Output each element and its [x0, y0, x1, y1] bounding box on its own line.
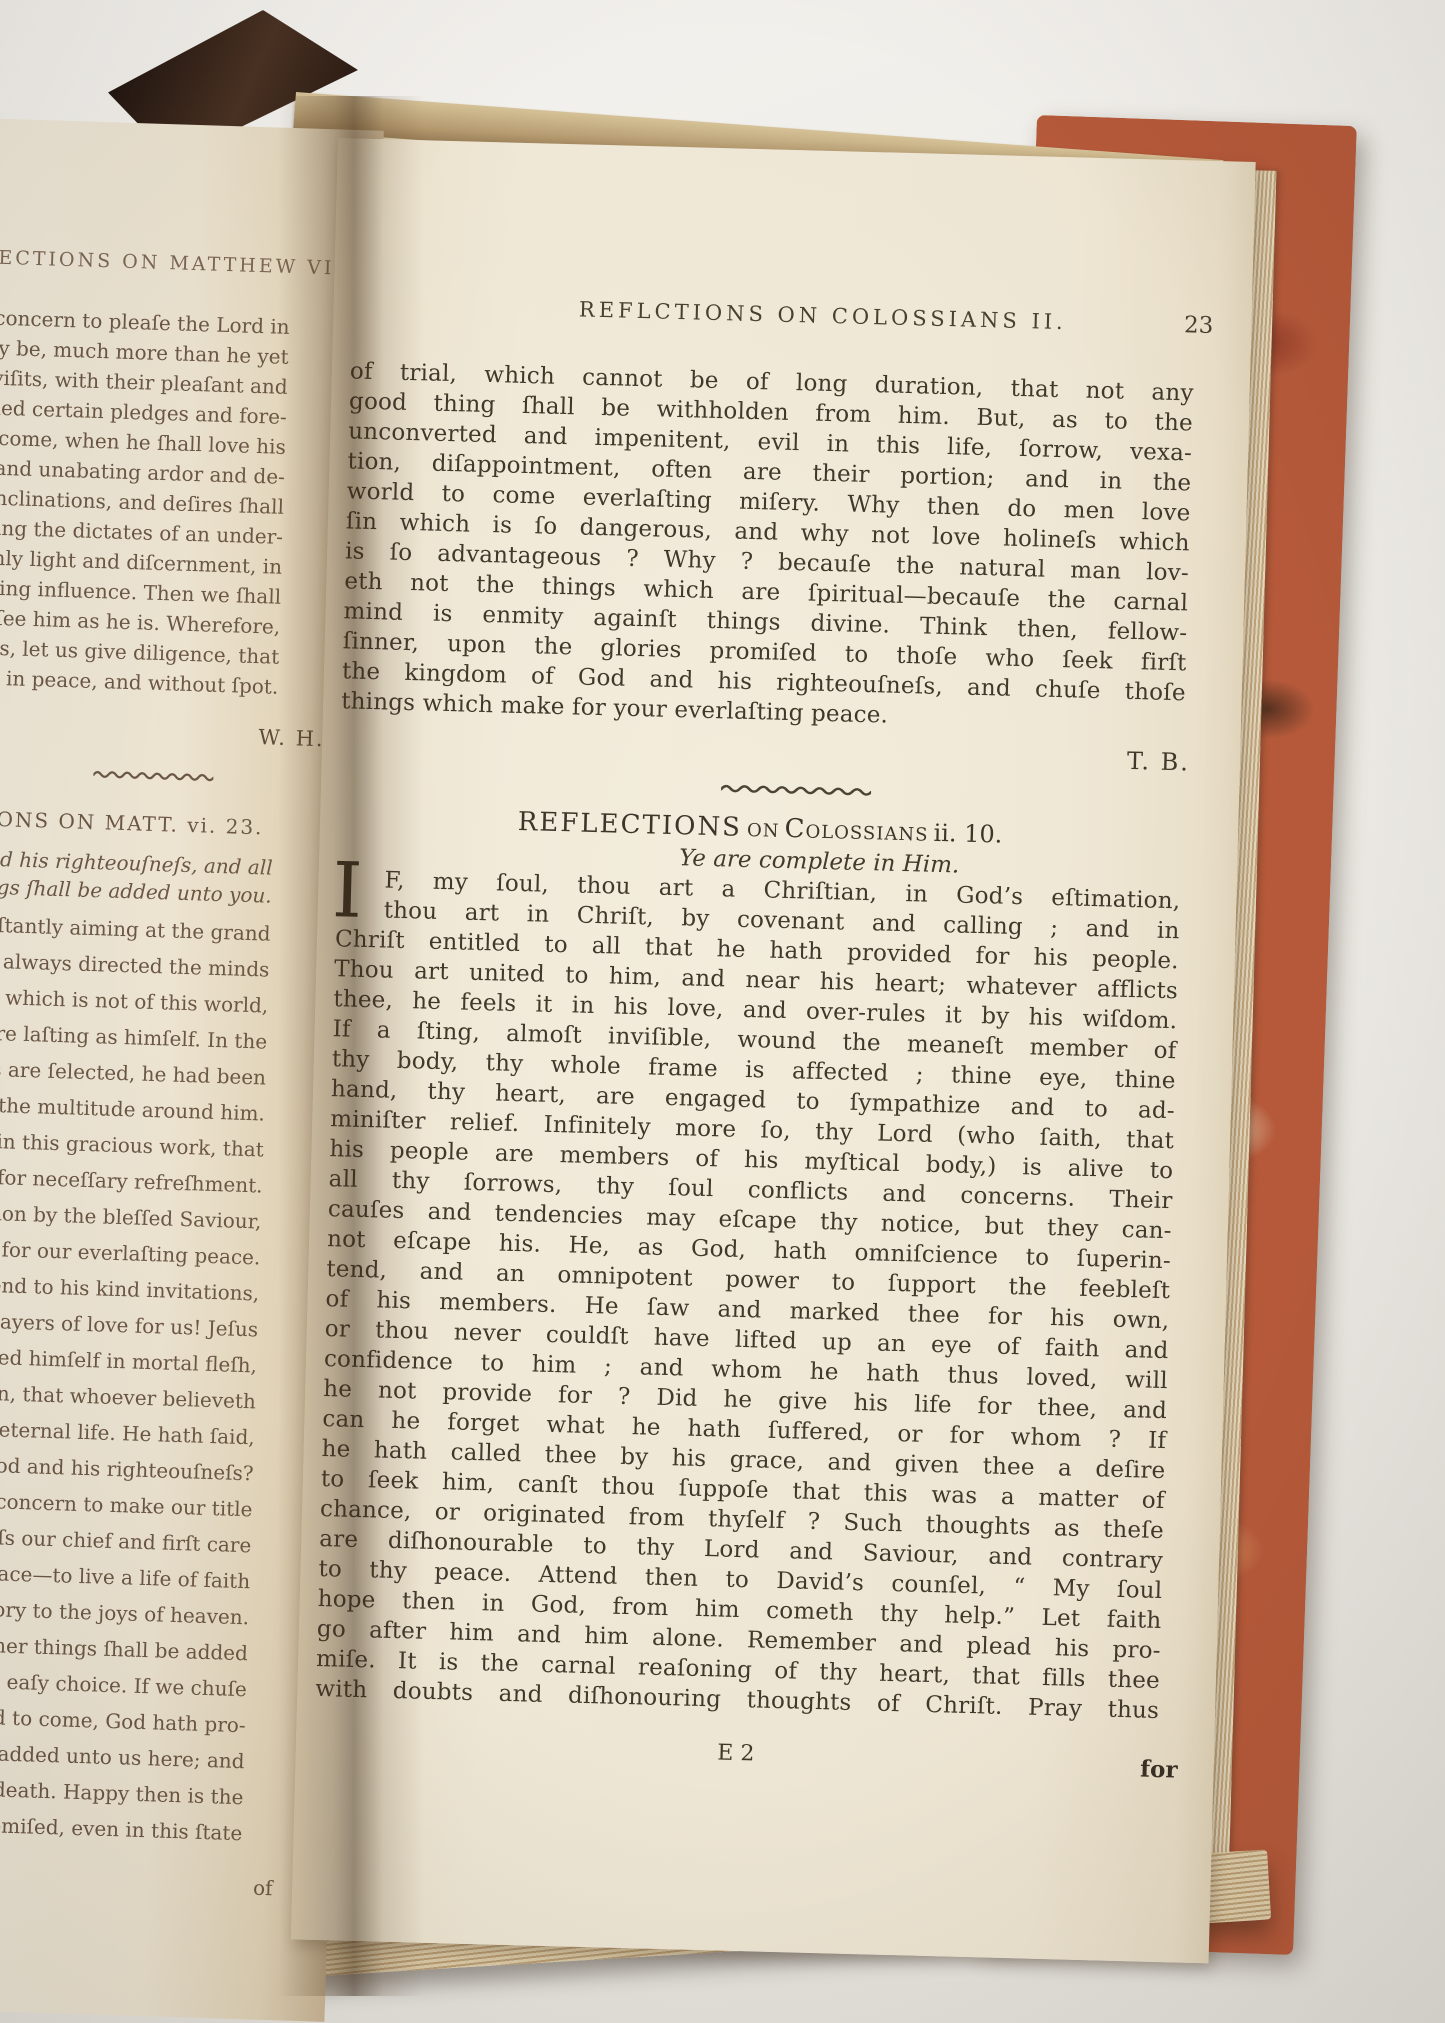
left-page-section1: of ſin, and concern to pleaſe the Lord i…	[0, 297, 330, 703]
catchword-left: of	[253, 1876, 273, 1901]
left-page-section2: leemer, conſtantly aiming at the grandis…	[0, 901, 311, 1853]
main-paragraph: F, my ſoul, thou art a Chriſtian, in God…	[315, 864, 1181, 1726]
catchword-right: for	[1140, 1756, 1178, 1784]
squiggle-divider	[721, 780, 871, 803]
author-initials-right: T. B.	[1127, 747, 1191, 777]
section-heading-left: CTIONS ON MATT. vi. 23.	[0, 806, 242, 839]
running-header-left: ECTIONS ON MATTHEW VI.	[0, 246, 384, 281]
right-page: REFLCTIONS ON COLOSSIANS II. 23 of trial…	[291, 138, 1256, 1963]
heading-word: REFLECTIONS	[517, 807, 742, 843]
book-photo: ECTIONS ON MATTHEW VI. of ſin, and conce…	[0, 0, 1445, 2023]
signature-mark: E 2	[314, 1730, 1158, 1777]
paragraph-continuation: of trial, which cannot be of long durati…	[341, 356, 1194, 738]
author-initials-left: W. H.	[258, 725, 325, 751]
heading-word: Colossians	[784, 814, 929, 848]
squiggle-divider	[93, 766, 214, 789]
heading-verse: ii. 10.	[933, 819, 1002, 849]
heading-word: on	[747, 813, 780, 844]
running-header-row: REFLCTIONS ON COLOSSIANS II. 23	[351, 290, 1213, 339]
left-page-epigraph: gdom of God and his righteouſneſs, and a…	[0, 839, 313, 911]
running-header-right: REFLCTIONS ON COLOSSIANS II.	[406, 293, 1239, 339]
